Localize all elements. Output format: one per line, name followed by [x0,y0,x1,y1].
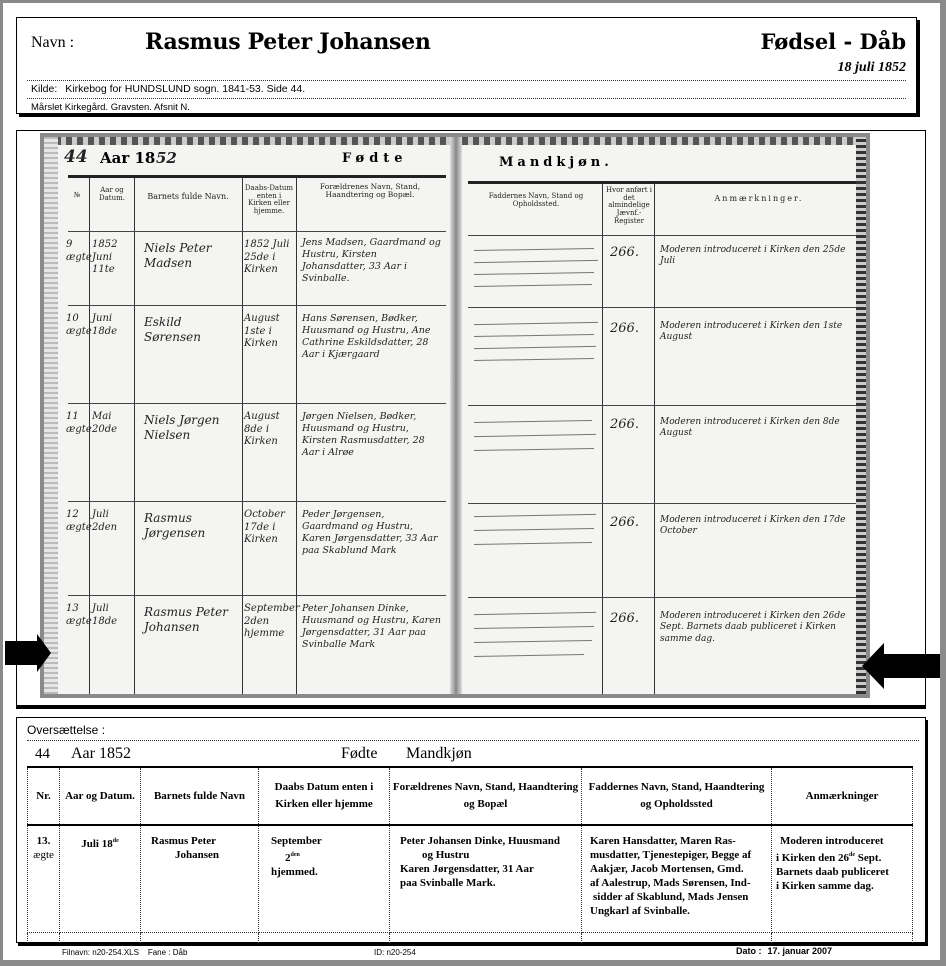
scan-note: Moderen introduceret i Kirken den 8de Au… [660,417,850,440]
scan-child-name: Rasmus Peter Johansen [144,605,234,635]
translation-table: Nr. Aar og Datum. Barnets fulde Navn Daa… [27,766,913,943]
parents-line: og Hustru [400,848,577,862]
scan-col-baptism: Daabs-Datum enten i Kirken eller hjemme. [244,185,294,216]
notes-line: Barnets daab publiceret [776,865,908,879]
source-text: Kirkebog for HUNDSLUND sogn. 1841-53. Si… [65,83,305,95]
record-date: 18 juli 1852 [838,60,906,76]
scan-baptism: October 17de i Kirken [244,509,294,547]
empty-cell [582,933,772,944]
footer-id: ID: n20-254 [374,948,416,957]
translation-panel: Oversættelse : 44 Aar 1852 Fødte Mandkjø… [16,717,926,943]
translation-header-row: Nr. Aar og Datum. Barnets fulde Navn Daa… [28,767,913,825]
scan-child-name: Eskild Sørensen [144,315,234,345]
scan-row-line [468,307,856,308]
scan-col-notes: Anmærkninger. [664,195,854,204]
scan-parents: Jørgen Nielsen, Bødker, Huusmand og Hust… [302,411,442,459]
scan-handwriting [474,260,598,264]
date-label: Dato : [736,946,762,956]
scan-handwriting [474,334,594,338]
scan-row-line [68,305,446,306]
arrow-left-icon [862,643,884,689]
scan-handwriting [474,322,598,326]
scan-col-nr: № [66,192,88,200]
person-name: Rasmus Peter Johansen [145,29,431,55]
scan-page-number: 44 [64,147,88,168]
scan-note: Moderen introduceret i Kirken den 25de J… [660,245,850,268]
baptism-suffix: den [291,852,300,858]
cell-nr: 13. ægte [28,825,60,933]
scan-handwriting [474,528,594,532]
scan-register: 266. [610,321,639,337]
arrow-right-icon [37,634,51,672]
arrow-right-icon [5,641,37,665]
notes-line: Sept. [855,852,881,864]
col-baptism: Daabs Datum enten i Kirken eller hjemme [259,767,390,825]
scan-vline [296,177,297,698]
date-value: 17. januar 2007 [768,946,833,956]
scan-note: Moderen introduceret i Kirken den 17de O… [660,515,850,538]
godparents-line: musdatter, Tjenestepiger, Begge af [590,848,767,862]
scan-title-mandkjon: Mandkjøn. [499,155,613,170]
scan-handwriting [474,434,596,438]
scan-handwriting [474,346,596,350]
parents-line: Karen Jørgensdatter, 31 Aar [400,862,577,876]
scan-col-parents: Forældrenes Navn, Stand, Haandtering og … [300,183,440,200]
scan-nr: 10 ægte [66,313,88,338]
source-line: Kilde:Kirkebog for HUNDSLUND sogn. 1841-… [31,83,305,95]
scan-handwriting [474,284,592,288]
table-row: 13. ægte Juli 18de Rasmus Peter Johansen… [28,825,913,933]
scan-parents: Peder Jørgensen, Gaardmand og Hustru, Ka… [302,509,442,557]
translation-section: Fødte [341,745,377,763]
empty-cell [141,933,259,944]
grave-text: Mårslet Kirkegård. Gravsten. Afsnit N. [31,102,190,113]
child-name-line: Rasmus Peter [151,834,254,848]
id-value: n20-254 [386,948,415,957]
scan-register: 266. [610,515,639,531]
scan-rule [468,181,856,184]
scan-vline [654,183,655,698]
godparents-line: Karen Hansdatter, Maren Ras- [590,834,767,848]
scan-handwriting [474,272,594,276]
cell-baptism: September 2den hjemmed. [259,825,390,933]
scan-register: 266. [610,417,639,433]
notes-line: i Kirken samme dag. [776,879,908,893]
col-godparents: Faddernes Navn, Stand, Haandtering og Op… [582,767,772,825]
nr-legitimacy: ægte [28,848,59,862]
scan-handwriting [474,654,584,658]
col-nr: Nr. [28,767,60,825]
divider [27,80,906,81]
translation-page-number: 44 [35,746,50,763]
scan-vline [242,177,243,698]
scan-child-name: Niels Jørgen Nielsen [144,413,234,443]
scan-register: 266. [610,245,639,261]
arrow-left-icon [884,654,940,678]
scan-handwriting [474,248,594,252]
scan-edge [44,137,58,694]
scan-parents: Jens Madsen, Gaardmand og Hustru, Kirste… [302,237,442,285]
scan-col-date: Aar og Datum. [90,187,134,202]
cell-parents: Peter Johansen Dinke, Huusmand og Hustru… [390,825,582,933]
scan-row-line [468,597,856,598]
scan-handwriting [474,626,594,630]
scan-child-name: Rasmus Jørgensen [144,511,234,541]
scan-note: Moderen introduceret i Kirken den 1ste A… [660,321,850,344]
scan-register: 266. [610,611,639,627]
nr-value: 13. [28,834,59,848]
translation-year: Aar 1852 [71,745,131,763]
id-label: ID: [374,948,384,957]
date-value: Juli 18 [81,838,112,850]
godparents-line: sidder af Skablund, Mads Jensen [590,890,767,904]
sheet-value: Dåb [173,948,188,957]
godparents-line: Aakjær, Jacob Mortensen, Gmd. [590,862,767,876]
scan-rule [68,175,446,178]
scan-handwriting [474,640,592,644]
cell-date: Juli 18de [60,825,141,933]
scan-edge [856,137,866,694]
scan-nr: 13 ægte [66,603,88,628]
church-book-scan: 44 Aar 18 52 Fødte Mandkjøn. № Aar og Da… [40,133,870,698]
parents-line: Peter Johansen Dinke, Huusmand [400,834,577,848]
godparents-line: Ungkarl af Svinballe. [590,904,767,918]
filename-value: n20-254.XLS [92,948,139,957]
empty-cell [390,933,582,944]
parents-line: paa Svinballe Mark. [400,876,577,890]
scan-nr: 12 ægte [66,509,88,534]
scan-date: Mai 20de [92,411,132,436]
scan-nr: 11 ægte [66,411,88,436]
source-label: Kilde: [31,83,57,95]
scan-row-line [68,403,446,404]
godparents-line: af Aalestrup, Mads Sørensen, Ind- [590,876,767,890]
scan-date: Juli 18de [92,603,132,628]
name-label: Navn : [31,34,74,52]
col-child-name: Barnets fulde Navn [141,767,259,825]
baptism-line: September [271,834,385,848]
cell-child-name: Rasmus Peter Johansen [141,825,259,933]
scan-row-line [468,503,856,504]
empty-cell [28,933,60,944]
scan-handwriting [474,542,592,546]
scan-note: Moderen introduceret i Kirken den 26de S… [660,611,850,645]
notes-line: Moderen introduceret [776,834,908,848]
scan-row-line [68,231,446,232]
date-suffix: de [113,838,119,844]
scan-parents: Hans Sørensen, Bødker, Huusmand og Hustr… [302,313,442,361]
scan-baptism: September 2den hjemme [244,603,294,641]
scan-col-godparents: Faddernes Navn, Stand og Opholdssted. [472,193,600,208]
scan-title-fodte: Fødte [342,151,408,166]
scan-col-child: Barnets fulde Navn. [136,193,240,202]
scan-year-hand: 52 [156,149,177,168]
filename-label: Filnavn: [62,948,90,957]
translation-label: Oversættelse : [27,723,105,737]
empty-cell [259,933,390,944]
scan-row-line [468,235,856,236]
scan-date: Juni 18de [92,313,132,338]
scan-baptism: August 1ste i Kirken [244,313,294,351]
book-gutter [450,137,462,694]
scan-date: 1852 Juni 11te [92,239,132,277]
divider [27,98,906,99]
empty-cell [772,933,913,944]
empty-cell [60,933,141,944]
scan-vline [134,177,135,698]
cell-godparents: Karen Hansdatter, Maren Ras- musdatter, … [582,825,772,933]
divider [27,740,919,741]
scan-baptism: August 8de i Kirken [244,411,294,449]
scan-col-register: Hvor anført i det almindelige Jævnf.-Reg… [604,187,654,225]
scan-baptism: 1852 Juli 25de i Kirken [244,239,294,277]
scan-vline [602,183,603,698]
table-row-empty [28,933,913,944]
scan-row-line [468,405,856,406]
scan-row-line [68,501,446,502]
child-name-line: Johansen [151,848,254,862]
notes-line: i Kirken den 26 [776,852,849,864]
scan-row-line [68,595,446,596]
baptism-place: hjemmed. [271,865,385,879]
scan-handwriting [474,612,596,616]
footer-filename: Filnavn: n20-254.XLS Fane : Dåb [62,948,187,957]
record-header: Navn : Rasmus Peter Johansen Fødsel - Då… [16,17,917,114]
translation-gender: Mandkjøn [406,745,472,763]
scan-nr: 9 ægte [66,239,88,264]
scan-child-name: Niels Peter Madsen [144,241,234,271]
sheet-label: Fane : [148,948,171,957]
col-date: Aar og Datum. [60,767,141,825]
footer-date: Dato :17. januar 2007 [736,946,832,956]
scan-date: Juli 2den [92,509,132,534]
scan-parents: Peter Johansen Dinke, Huusmand og Hustru… [302,603,442,651]
scan-handwriting [474,448,594,452]
record-type: Fødsel - Dåb [761,29,906,54]
scan-handwriting [474,420,592,424]
col-parents: Forældrenes Navn, Stand, Haandtering og … [390,767,582,825]
scan-handwriting [474,358,594,362]
scan-year-label: Aar 18 [100,149,155,167]
page-footer: Filnavn: n20-254.XLS Fane : Dåb ID: n20-… [0,944,946,960]
col-notes: Anmærkninger [772,767,913,825]
scan-handwriting [474,514,596,518]
cell-notes: Moderen introduceret i Kirken den 26de S… [772,825,913,933]
